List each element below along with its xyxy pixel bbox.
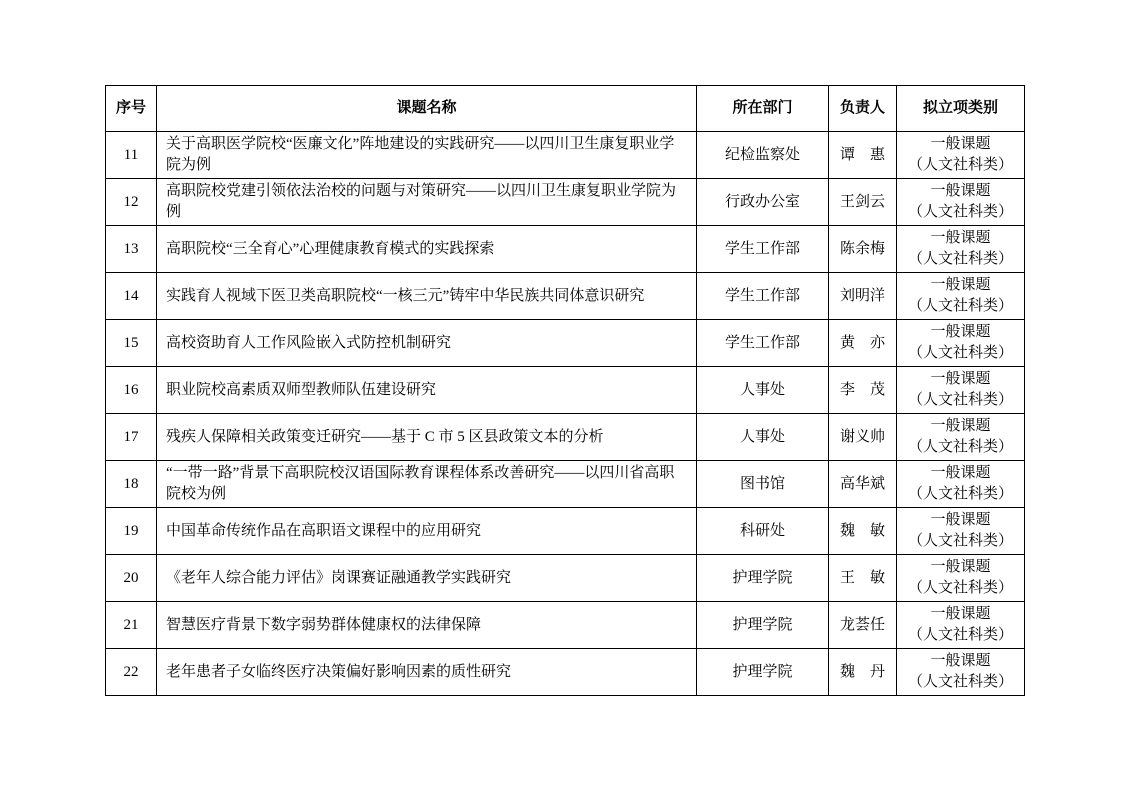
topic-title-cell: 智慧医疗背景下数字弱势群体健康权的法律保障 xyxy=(157,602,697,649)
row-number-cell: 13 xyxy=(106,226,157,273)
leader-cell: 刘明洋 xyxy=(829,273,897,320)
table-row: 16 职业院校高素质双师型教师队伍建设研究 人事处 李 茂 一般课题 （人文社科… xyxy=(106,367,1025,414)
department-cell: 图书馆 xyxy=(697,461,829,508)
topic-title-cell: 老年患者子女临终医疗决策偏好影响因素的质性研究 xyxy=(157,649,697,696)
leader-cell: 魏 丹 xyxy=(829,649,897,696)
category-cell: 一般课题 （人文社科类） xyxy=(897,461,1025,508)
category-cell: 一般课题 （人文社科类） xyxy=(897,132,1025,179)
topic-title-cell: 高校资助育人工作风险嵌入式防控机制研究 xyxy=(157,320,697,367)
leader-cell: 谢义帅 xyxy=(829,414,897,461)
category-cell: 一般课题 （人文社科类） xyxy=(897,273,1025,320)
category-cell: 一般课题 （人文社科类） xyxy=(897,649,1025,696)
document-page: 序号 课题名称 所在部门 负责人 拟立项类别 11 关于高职医学院校“医廉文化”… xyxy=(0,0,1122,793)
column-header-no: 序号 xyxy=(106,86,157,132)
row-number-cell: 21 xyxy=(106,602,157,649)
table-row: 12 高职院校党建引领依法治校的问题与对策研究——以四川卫生康复职业学院为例 行… xyxy=(106,179,1025,226)
table-row: 22 老年患者子女临终医疗决策偏好影响因素的质性研究 护理学院 魏 丹 一般课题… xyxy=(106,649,1025,696)
row-number-cell: 20 xyxy=(106,555,157,602)
department-cell: 学生工作部 xyxy=(697,273,829,320)
leader-cell: 陈余梅 xyxy=(829,226,897,273)
department-cell: 纪检监察处 xyxy=(697,132,829,179)
leader-cell: 高华斌 xyxy=(829,461,897,508)
topic-title-cell: 高职院校党建引领依法治校的问题与对策研究——以四川卫生康复职业学院为例 xyxy=(157,179,697,226)
category-cell: 一般课题 （人文社科类） xyxy=(897,367,1025,414)
category-cell: 一般课题 （人文社科类） xyxy=(897,179,1025,226)
category-cell: 一般课题 （人文社科类） xyxy=(897,508,1025,555)
topic-title-cell: “一带一路”背景下高职院校汉语国际教育课程体系改善研究——以四川省高职院校为例 xyxy=(157,461,697,508)
topic-title-cell: 残疾人保障相关政策变迁研究——基于 C 市 5 区县政策文本的分析 xyxy=(157,414,697,461)
leader-cell: 李 茂 xyxy=(829,367,897,414)
department-cell: 人事处 xyxy=(697,414,829,461)
leader-cell: 黄 亦 xyxy=(829,320,897,367)
topic-title-cell: 《老年人综合能力评估》岗课赛证融通教学实践研究 xyxy=(157,555,697,602)
column-header-category: 拟立项类别 xyxy=(897,86,1025,132)
row-number-cell: 22 xyxy=(106,649,157,696)
department-cell: 学生工作部 xyxy=(697,320,829,367)
table-row: 18 “一带一路”背景下高职院校汉语国际教育课程体系改善研究——以四川省高职院校… xyxy=(106,461,1025,508)
category-cell: 一般课题 （人文社科类） xyxy=(897,602,1025,649)
table-row: 13 高职院校“三全育心”心理健康教育模式的实践探索 学生工作部 陈余梅 一般课… xyxy=(106,226,1025,273)
department-cell: 护理学院 xyxy=(697,602,829,649)
table-row: 14 实践育人视域下医卫类高职院校“一核三元”铸牢中华民族共同体意识研究 学生工… xyxy=(106,273,1025,320)
column-header-department: 所在部门 xyxy=(697,86,829,132)
topic-title-cell: 职业院校高素质双师型教师队伍建设研究 xyxy=(157,367,697,414)
department-cell: 学生工作部 xyxy=(697,226,829,273)
project-approval-table: 序号 课题名称 所在部门 负责人 拟立项类别 11 关于高职医学院校“医廉文化”… xyxy=(105,85,1025,696)
leader-cell: 魏 敏 xyxy=(829,508,897,555)
category-cell: 一般课题 （人文社科类） xyxy=(897,320,1025,367)
category-cell: 一般课题 （人文社科类） xyxy=(897,226,1025,273)
row-number-cell: 17 xyxy=(106,414,157,461)
topic-title-cell: 关于高职医学院校“医廉文化”阵地建设的实践研究——以四川卫生康复职业学院为例 xyxy=(157,132,697,179)
department-cell: 护理学院 xyxy=(697,555,829,602)
row-number-cell: 11 xyxy=(106,132,157,179)
table-body: 11 关于高职医学院校“医廉文化”阵地建设的实践研究——以四川卫生康复职业学院为… xyxy=(106,132,1025,696)
header-row: 序号 课题名称 所在部门 负责人 拟立项类别 xyxy=(106,86,1025,132)
leader-cell: 王剑云 xyxy=(829,179,897,226)
category-cell: 一般课题 （人文社科类） xyxy=(897,414,1025,461)
topic-title-cell: 中国革命传统作品在高职语文课程中的应用研究 xyxy=(157,508,697,555)
department-cell: 行政办公室 xyxy=(697,179,829,226)
leader-cell: 谭 惠 xyxy=(829,132,897,179)
table-row: 11 关于高职医学院校“医廉文化”阵地建设的实践研究——以四川卫生康复职业学院为… xyxy=(106,132,1025,179)
table-row: 20 《老年人综合能力评估》岗课赛证融通教学实践研究 护理学院 王 敏 一般课题… xyxy=(106,555,1025,602)
row-number-cell: 14 xyxy=(106,273,157,320)
table-row: 15 高校资助育人工作风险嵌入式防控机制研究 学生工作部 黄 亦 一般课题 （人… xyxy=(106,320,1025,367)
department-cell: 护理学院 xyxy=(697,649,829,696)
table-row: 19 中国革命传统作品在高职语文课程中的应用研究 科研处 魏 敏 一般课题 （人… xyxy=(106,508,1025,555)
leader-cell: 王 敏 xyxy=(829,555,897,602)
row-number-cell: 19 xyxy=(106,508,157,555)
department-cell: 科研处 xyxy=(697,508,829,555)
category-cell: 一般课题 （人文社科类） xyxy=(897,555,1025,602)
leader-cell: 龙荟任 xyxy=(829,602,897,649)
table-row: 21 智慧医疗背景下数字弱势群体健康权的法律保障 护理学院 龙荟任 一般课题 （… xyxy=(106,602,1025,649)
department-cell: 人事处 xyxy=(697,367,829,414)
row-number-cell: 18 xyxy=(106,461,157,508)
row-number-cell: 12 xyxy=(106,179,157,226)
table-row: 17 残疾人保障相关政策变迁研究——基于 C 市 5 区县政策文本的分析 人事处… xyxy=(106,414,1025,461)
topic-title-cell: 高职院校“三全育心”心理健康教育模式的实践探索 xyxy=(157,226,697,273)
row-number-cell: 16 xyxy=(106,367,157,414)
column-header-title: 课题名称 xyxy=(157,86,697,132)
topic-title-cell: 实践育人视域下医卫类高职院校“一核三元”铸牢中华民族共同体意识研究 xyxy=(157,273,697,320)
column-header-leader: 负责人 xyxy=(829,86,897,132)
row-number-cell: 15 xyxy=(106,320,157,367)
